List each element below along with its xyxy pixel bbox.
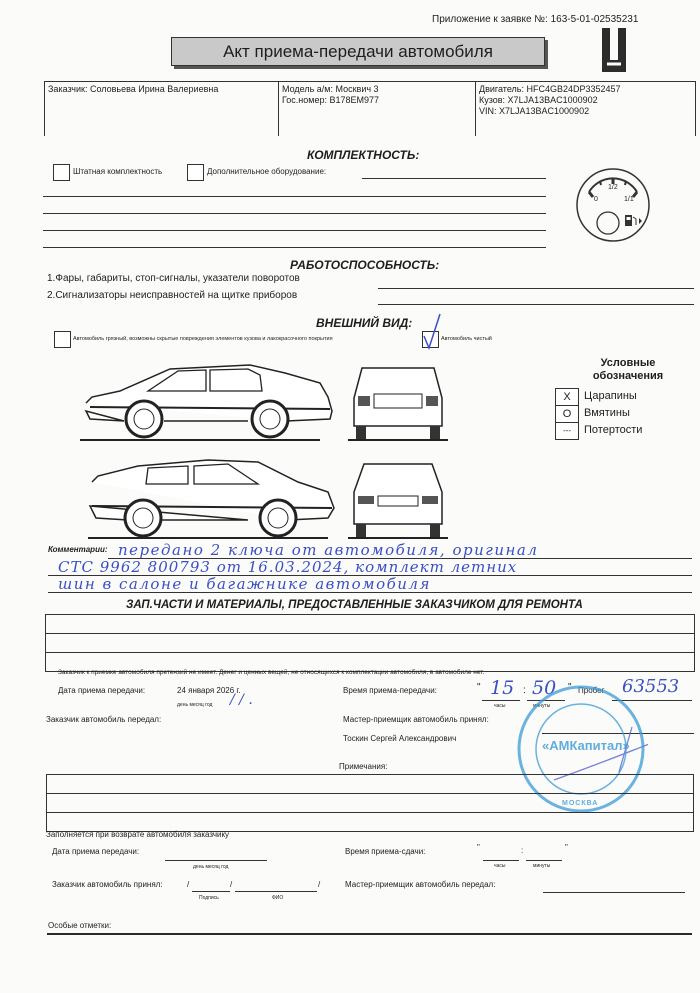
operability-lights-line[interactable] xyxy=(378,288,694,289)
return-time-label: Время приема-сдачи: xyxy=(345,847,425,856)
legend-dent-label: Вмятины xyxy=(584,407,630,419)
dirty-car-label: Автомобиль грязный, возможны скрытые пов… xyxy=(73,336,333,342)
return-date-caption: день месяц год xyxy=(193,864,228,870)
completeness-line[interactable] xyxy=(43,247,546,248)
signature-slash: / xyxy=(230,880,232,889)
legend-scratch-label: Царапины xyxy=(584,390,637,402)
completeness-line[interactable] xyxy=(43,213,546,214)
comment-handwritten-line-3: шин в салоне и багажнике автомобиля xyxy=(58,575,431,593)
car-left-side-diagram[interactable] xyxy=(80,355,340,445)
return-time-colon: : xyxy=(521,846,523,855)
car-model: Модель а/м: Москвич 3 xyxy=(282,84,472,95)
check-mark-icon xyxy=(420,312,444,352)
signature-slash: / xyxy=(318,880,320,889)
vin-number: VIN: X7LJA13BAC1000902 xyxy=(479,106,684,117)
legend-title: Условные обозначения xyxy=(588,357,668,383)
parts-title: ЗАП.ЧАСТИ И МАТЕРИАЛЫ, ПРЕДОСТАВЛЕННЫЕ З… xyxy=(126,599,583,611)
master-name: Тоскин Сергей Александрович xyxy=(343,734,456,743)
fuel-gauge-full-label: 1/1 xyxy=(624,196,634,203)
customer-name: Заказчик: Соловьева Ирина Валериевна xyxy=(48,84,275,95)
signature-slash: / xyxy=(187,880,189,889)
comment-handwritten-line-2: СТС 9962 800793 от 16.03.2024, комплект … xyxy=(58,558,517,576)
standard-equipment-checkbox[interactable] xyxy=(53,164,70,181)
hours-caption: часы xyxy=(494,703,505,709)
comments-label: Комментарии: xyxy=(48,545,108,554)
fuel-gauge-half-label: 1/2 xyxy=(608,184,618,191)
return-minutes-caption: минуты xyxy=(533,863,550,869)
return-time-close-quote: " xyxy=(565,843,568,852)
notes-row[interactable] xyxy=(47,794,693,813)
return-date-line[interactable] xyxy=(165,860,267,861)
fuel-pump-icon xyxy=(625,215,632,226)
appearance-title: ВНЕШНИЙ ВИД: xyxy=(316,316,412,330)
acceptance-hours: 15 xyxy=(490,677,514,699)
return-date-label: Дата приема передачи: xyxy=(52,847,139,856)
application-reference: Приложение к заявке №: 163-5-01-02535231 xyxy=(432,14,638,25)
return-master-signature-line[interactable] xyxy=(543,892,685,893)
legend-scratch-symbol: X xyxy=(555,388,579,406)
name-caption: ФИО xyxy=(272,895,283,901)
standard-equipment-label: Штатная комплектность xyxy=(73,167,162,176)
fuel-gauge-empty-label: 0 xyxy=(594,196,598,203)
license-plate: Гос.номер: В178ЕМ977 xyxy=(282,95,472,106)
completeness-line[interactable] xyxy=(43,230,546,231)
operability-item-indicators: 2.Сигнализаторы неисправностей на щитке … xyxy=(47,290,297,301)
extra-equipment-label: Дополнительное оборудование: xyxy=(207,167,326,176)
legend-title-line1: Условные xyxy=(588,357,668,370)
customer-handed-label: Заказчик автомобиль передал: xyxy=(46,715,161,724)
return-master-handed-label: Мастер-приемщик автомобиль передал: xyxy=(345,880,495,889)
notes-table[interactable] xyxy=(46,774,694,832)
engine-number: Двигатель: HFC4GB24DP3352457 xyxy=(479,84,684,95)
notes-row[interactable] xyxy=(47,775,693,794)
clean-car-label: Автомобиль чистый xyxy=(441,336,492,342)
return-hours-line[interactable] xyxy=(483,860,519,861)
parts-table[interactable] xyxy=(45,614,695,672)
acceptance-time-label: Время приема-передачи: xyxy=(343,686,437,695)
parts-row[interactable] xyxy=(46,634,694,653)
master-accepted-label: Мастер-приемщик автомобиль принял: xyxy=(343,715,489,724)
parts-row[interactable] xyxy=(46,615,694,634)
completeness-line[interactable] xyxy=(43,196,546,197)
acceptance-date-caption: день месяц год xyxy=(177,702,212,708)
extra-equipment-checkbox[interactable] xyxy=(187,164,204,181)
fuel-gauge-icon xyxy=(568,165,658,245)
customer-signature: / / . xyxy=(230,692,253,708)
legend-scuff-label: Потертости xyxy=(584,424,642,436)
car-rear-diagram[interactable] xyxy=(348,358,448,443)
notes-label: Примечания: xyxy=(339,762,387,771)
company-logo-icon xyxy=(600,26,628,76)
return-time-open-quote: " xyxy=(477,843,480,852)
signature-caption: Подпись xyxy=(199,895,219,901)
acceptance-disclaimer: Заказчик к приемке автомобиля претензий … xyxy=(58,669,484,676)
comment-handwritten-line-1: передано 2 ключа от автомобиля, оригинал xyxy=(118,541,538,559)
notes-row[interactable] xyxy=(47,813,693,831)
return-hours-caption: часы xyxy=(494,863,505,869)
legend-dent-symbol: O xyxy=(555,405,579,423)
vehicle-info-table: Заказчик: Соловьева Ирина Валериевна Мод… xyxy=(44,81,696,136)
dirty-car-checkbox[interactable] xyxy=(54,331,71,348)
return-signature-line[interactable] xyxy=(192,891,230,892)
legend-scuff-symbol: --- xyxy=(555,422,579,440)
car-front-diagram[interactable] xyxy=(348,454,448,540)
return-customer-accepted-label: Заказчик автомобиль принял: xyxy=(52,880,163,889)
return-minutes-line[interactable] xyxy=(526,860,562,861)
return-name-line[interactable] xyxy=(235,891,317,892)
return-section-label: Заполняется при возврате автомобиля зака… xyxy=(46,830,229,839)
car-right-side-diagram[interactable] xyxy=(88,452,340,542)
legend-title-line2: обозначения xyxy=(588,370,668,383)
special-notes-line[interactable] xyxy=(47,933,692,935)
operability-item-lights: 1.Фары, габариты, стоп-сигналы, указател… xyxy=(47,273,300,284)
acceptance-date-label: Дата приема передачи: xyxy=(58,686,145,695)
operability-indicators-line[interactable] xyxy=(378,304,694,305)
operability-title: РАБОТОСПОСОБНОСТЬ: xyxy=(290,258,439,272)
body-number: Кузов: X7LJA13BAC1000902 xyxy=(479,95,684,106)
stamp-company-name: «АМКапитал» xyxy=(542,738,630,753)
extra-equipment-line[interactable] xyxy=(362,178,546,179)
special-notes-label: Особые отметки: xyxy=(48,921,111,930)
document-title: Акт приема-передачи автомобиля xyxy=(171,37,545,66)
completeness-title: КОМПЛЕКТНОСТЬ: xyxy=(307,148,419,162)
time-open-quote: " xyxy=(477,682,481,693)
